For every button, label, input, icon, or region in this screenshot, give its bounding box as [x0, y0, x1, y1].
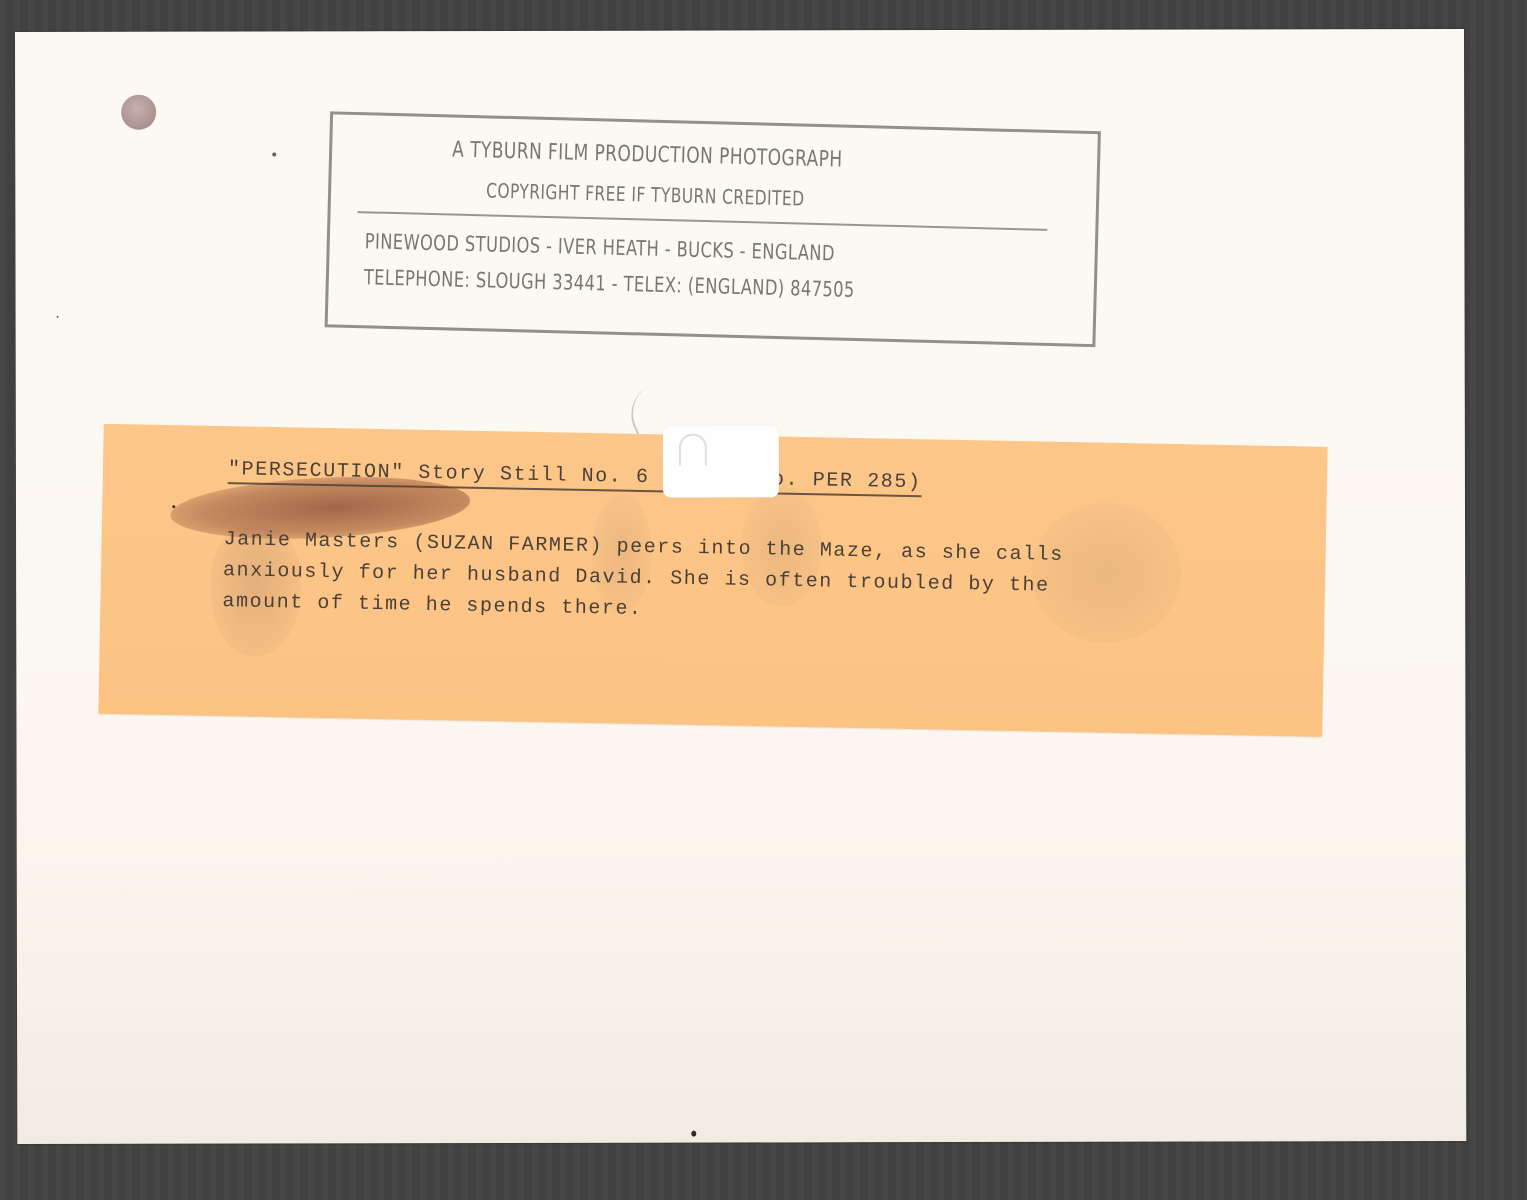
stamp-line-1: A TYBURN FILM PRODUCTION PHOTOGRAPH [452, 138, 843, 173]
sticker-mark [679, 434, 707, 466]
stamp-line-2: COPYRIGHT FREE IF TYBURN CREDITED [486, 178, 805, 210]
stamp-line-3: PINEWOOD STUDIOS - IVER HEATH - BUCKS - … [365, 229, 836, 265]
speck [172, 505, 175, 508]
speck [691, 1131, 696, 1137]
caption-body: Janie Masters (SUZAN FARMER) peers into … [222, 524, 1224, 636]
stamp-divider [358, 211, 1048, 231]
photo-back-paper: A TYBURN FILM PRODUCTION PHOTOGRAPH COPY… [15, 29, 1466, 1144]
sticker-label [663, 425, 779, 497]
punch-hole [121, 95, 156, 130]
speck [57, 316, 59, 318]
speck [272, 152, 276, 156]
stamp-line-4: TELEPHONE: SLOUGH 33441 - TELEX: (ENGLAN… [364, 265, 855, 302]
pen-mark [621, 386, 667, 436]
studio-stamp: A TYBURN FILM PRODUCTION PHOTOGRAPH COPY… [325, 111, 1101, 347]
